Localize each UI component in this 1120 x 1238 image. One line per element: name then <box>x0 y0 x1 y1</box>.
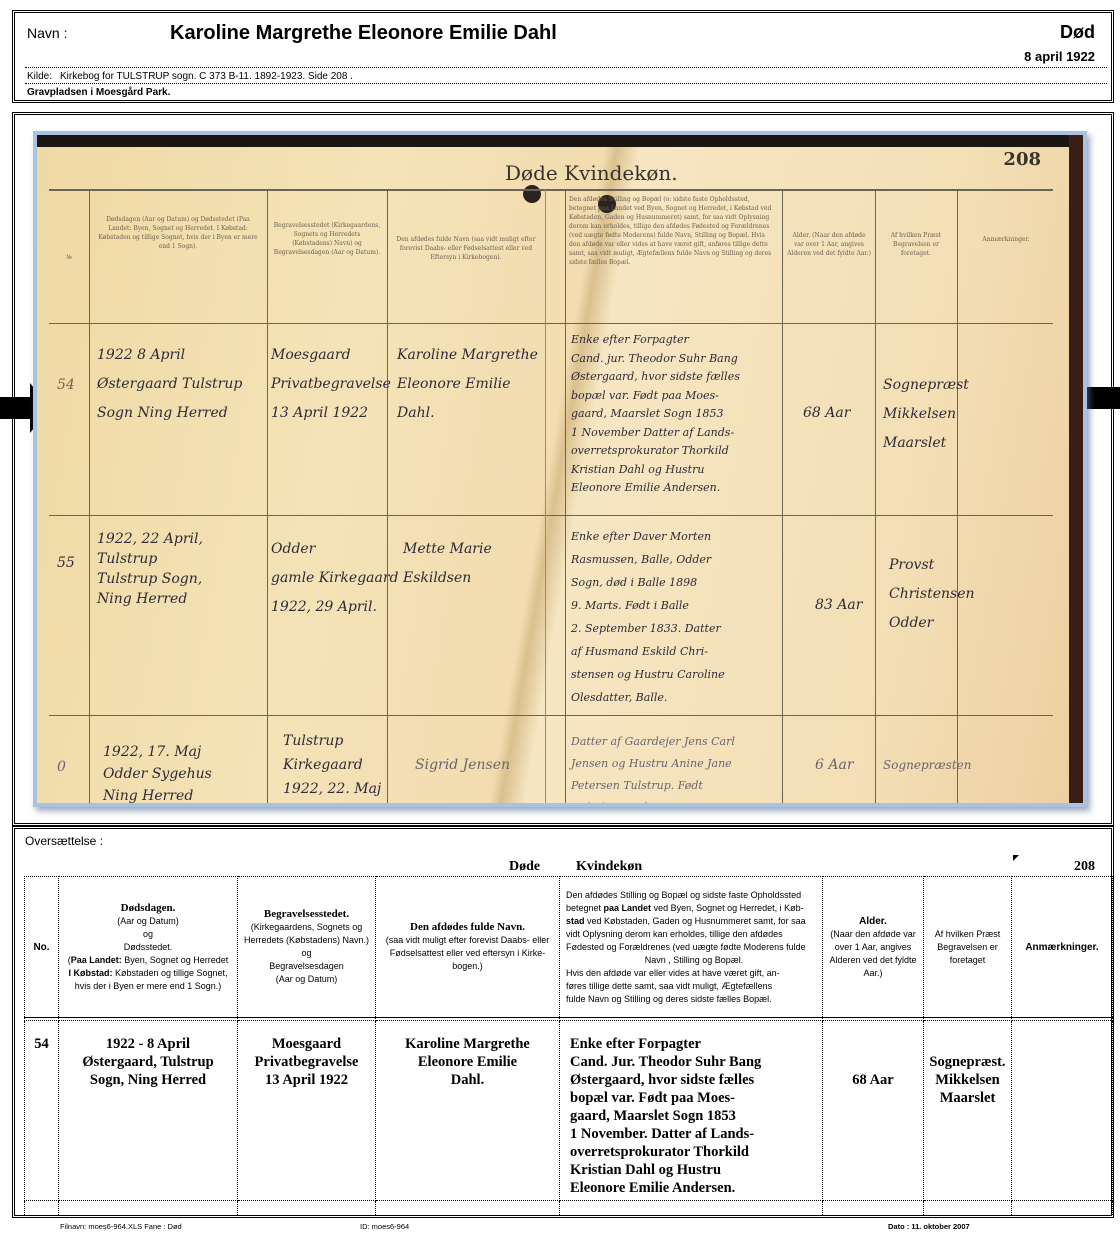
scan-entry-burial: Moesgaard Privatbegravelse 13 April 1922 <box>271 341 391 428</box>
scan-entry-death: 1922 8 April Østergaard Tulstrup Sogn Ni… <box>97 341 242 428</box>
scan-entry-name: Sigrid Jensen <box>415 751 510 780</box>
col-header-name: Den afdødes fulde Navn. (saa vidt muligt… <box>376 877 560 1018</box>
scan-entry-priest: Provst Christensen Odder <box>889 551 975 638</box>
source-text: Kirkebog for TULSTRUP sogn. C 373 B-11. … <box>60 71 353 82</box>
scan-col-header: Den afdødes fulde Navn (saa vidt muligt … <box>393 235 539 262</box>
record-no: 54 <box>25 1021 59 1201</box>
translation-page-number: 208 <box>1074 859 1095 875</box>
person-name: Karoline Margrethe Eleonore Emilie Dahl <box>170 22 557 45</box>
scan-entry-name: Karoline Margrethe Eleonore Emilie Dahl. <box>397 341 538 428</box>
table-row: 54 1922 - 8 April Østergaard, Tulstrup S… <box>25 1021 1113 1201</box>
divider <box>25 67 1107 68</box>
scan-entry-name: Mette Marie Eskildsen <box>403 535 492 593</box>
translation-title-right: Kvindekøn <box>576 859 642 875</box>
scan-entry-number: 0 <box>57 753 66 782</box>
scan-entry-age: 6 Aar <box>815 751 854 780</box>
scan-page-number: 208 <box>1003 149 1041 170</box>
record-priest: Sognepræst. Mikkelsen Maarslet <box>924 1021 1012 1201</box>
translation-title-left: Døde <box>509 859 540 875</box>
scan-col-header: № <box>51 253 87 262</box>
scan-col-header: Af hvilken Præst Begravelsen er foretage… <box>879 231 953 258</box>
col-header-priest: Af hvilken Præst Begravelsen er foretage… <box>924 877 1012 1018</box>
record-details: Enke efter Forpagter Cand. Jur. Theodor … <box>560 1021 823 1201</box>
scan-entry-burial: Tulstrup Kirkegaard 1922, 22. Maj <box>283 729 381 801</box>
scan-entry-details: Enke efter Forpagter Cand. jur. Theodor … <box>571 331 740 498</box>
scan-entry-details: Datter af Gaardejer Jens Carl Jensen og … <box>571 731 735 807</box>
record-name: Karoline Margrethe Eleonore Emilie Dahl. <box>376 1021 560 1201</box>
scan-col-header: Dødsdagen (Aar og Datum) og Dødsstedet (… <box>95 215 261 251</box>
scan-entry-priest: Sognepræst Mikkelsen Maarslet <box>883 371 969 458</box>
col-header-remarks: Anmærkninger. <box>1012 877 1113 1018</box>
scan-entry-priest: Sognepræsten <box>883 751 971 780</box>
footer-filename: Filnavn: moes6-964.XLS Fane : Død <box>60 1222 182 1231</box>
cell-comment-marker <box>1013 855 1019 861</box>
record-remarks <box>1012 1021 1113 1201</box>
book-spine <box>1069 135 1083 803</box>
record-death: 1922 - 8 April Østergaard, Tulstrup Sogn… <box>59 1021 238 1201</box>
col-header-no: No. <box>25 877 59 1018</box>
burial-note: Gravpladsen i Moesgård Park. <box>27 87 170 98</box>
book-edge <box>37 135 1083 147</box>
translation-label: Oversættelse : <box>25 834 103 848</box>
translation-table: No. Dødsdagen. (Aar og Datum) og Dødsste… <box>24 876 1113 1215</box>
source-line: Kilde:Kirkebog for TULSTRUP sogn. C 373 … <box>27 71 353 82</box>
translation-section: Oversættelse : Døde Kvindekøn 208 No. Dø… <box>12 826 1114 1218</box>
scan-entry-age: 83 Aar <box>815 591 862 620</box>
scan-entry-number: 55 <box>57 549 75 578</box>
scan-entry-death: 1922, 22 April, Tulstrup Tulstrup Sogn, … <box>97 529 203 609</box>
scan-entry-age: 68 Aar <box>803 399 850 428</box>
col-header-burial: Begravelsesstedet. (Kirkegaardens, Sogne… <box>238 877 376 1018</box>
binding-hole <box>523 185 541 203</box>
record-age: 68 Aar <box>823 1021 924 1201</box>
church-book-scan: Døde Kvindekøn. 208 № Dødsdagen (Aar og … <box>33 131 1087 807</box>
source-label: Kilde: <box>27 71 52 82</box>
scan-page-title: Døde Kvindekøn. <box>505 161 678 185</box>
scan-entry-death: 1922, 17. Maj Odder Sygehus Ning Herred <box>103 741 212 807</box>
footer-id: ID: moes6-964 <box>360 1222 409 1231</box>
event-date: 8 april 1922 <box>1024 49 1095 64</box>
col-header-death: Dødsdagen. (Aar og Datum) og Dødsstedet.… <box>59 877 238 1018</box>
scan-col-header: Begravelsesstedet (Kirkegaardens, Sognet… <box>273 221 381 257</box>
record-header: Navn : Karoline Margrethe Eleonore Emili… <box>12 10 1114 103</box>
col-header-details: Den afdødes Stilling og Bopæl og sidste … <box>560 877 823 1018</box>
name-label: Navn : <box>27 25 67 41</box>
event-type: Død <box>1060 22 1095 43</box>
church-book-photo-frame: Døde Kvindekøn. 208 № Dødsdagen (Aar og … <box>12 112 1114 826</box>
scan-col-header: Den afdødes Stilling og Bopæl (o: sidste… <box>569 195 777 267</box>
table-header-row: No. Dødsdagen. (Aar og Datum) og Dødsste… <box>25 877 1113 1018</box>
footer-date: Dato : 11. oktober 2007 <box>888 1222 970 1231</box>
divider <box>25 83 1107 84</box>
scan-entry-burial: Odder gamle Kirkegaard 1922, 29 April. <box>271 535 399 622</box>
scan-col-header: Anmærkninger. <box>961 235 1051 244</box>
record-burial: Moesgaard Privatbegravelse 13 April 1922 <box>238 1021 376 1201</box>
scan-col-header: Alder. (Naar den afdøde var over 1 Aar, … <box>787 231 871 258</box>
scan-entry-number: 54 <box>57 371 75 400</box>
col-header-age: Alder. (Naar den afdøde var over 1 Aar, … <box>823 877 924 1018</box>
scan-entry-details: Enke efter Daver Morten Rasmussen, Balle… <box>571 525 725 709</box>
